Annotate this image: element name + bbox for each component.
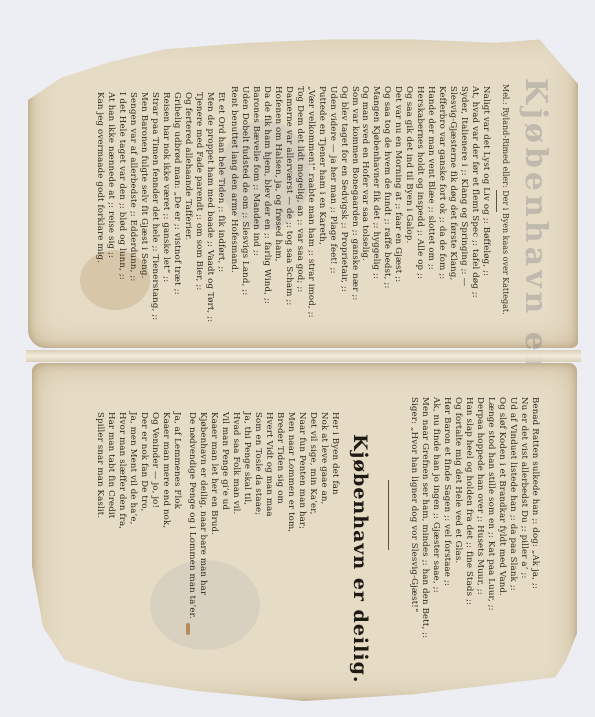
verse-line: Og man sved en Hofer var saa tolselig. [359, 86, 370, 298]
verse-line: Tjenere med Fade parendt ;: om som Bier,… [193, 92, 204, 322]
verse-line: Reisen har nok ikke været ;: ganske let“… [160, 92, 171, 322]
verse-line: Gribelig udbrød man: „De er ;: vistnof t… [171, 92, 182, 322]
verse-line: Hvert Vidt og man maa [263, 412, 274, 619]
verse-line: Naar fun Penten man har; [296, 412, 307, 619]
divider-rule [496, 190, 497, 212]
divider-rule [388, 480, 389, 550]
verse-column-bottom-left-1: Her i Byen det fan Nok at leve gaae an, … [186, 412, 340, 619]
scanned-document: Kjøbenhavn er deilig. Mel.: Ryland-Rimed… [0, 0, 595, 717]
verse-line: Rent benuttet lang den arme Hofesmand. [228, 86, 239, 318]
verse-line: Har man tabt fin Credit [105, 412, 116, 529]
verse-line: Derpaa hoppede han over ;: Husets Muur, … [474, 397, 485, 638]
verse-column-top-middle: Som var kommen Bonegaarden ;: ganske nær… [228, 86, 360, 318]
verse-column-top-right: Naligt var det Lyst og Liv og ;: Bøffelø… [359, 86, 491, 298]
melody-note: Mel.: Ryland-Rimed eller: Der i Byen kaa… [500, 84, 510, 315]
verse-line: Et et Ord han hele Tiden ;: fik indført,… [215, 92, 226, 322]
verse-line: Og saa tog de hvem de fundt ;: raffe bed… [381, 86, 392, 298]
verse-line: Naligt var det Lyst og Liv og ;: Bøffelø… [480, 86, 491, 298]
verse-line: Og Veninder — jo, jo! [149, 412, 160, 529]
melody-line-1: Mel.: Ryland-Rimed [501, 84, 510, 164]
verse-line: Ak, nu finde han jo ingen ;: Gjæster saa… [430, 397, 441, 638]
verse-line: Benad Ratten sulkede han ;: dog: „Ak ja,… [529, 397, 540, 638]
verse-line: Hvad saa Folk man vil. [230, 412, 241, 619]
verse-line: Som var kommen Bonegaarden ;: ganske nær… [349, 86, 360, 318]
verse-line: Og blev taget for en Sedvigsk ;: Proprie… [338, 86, 349, 318]
verse-line: Sengen var af allerbedste ;: Edderdunn, … [127, 92, 138, 322]
verse-line: Som en Tosle da staae; [252, 412, 263, 619]
verse-line: Nok at leve gaae an, [318, 412, 329, 619]
verse-line: Men de proppet ham med baade ;: Vaadt og… [204, 92, 215, 322]
verse-line: Og saa gik det ind til Byen i Galop. [403, 86, 414, 298]
verse-line: De nødvendige Penge og i Lommen man ta’e… [186, 412, 197, 619]
verse-line: I det Hele taget var den ;: blød og lunn… [116, 92, 127, 322]
ink-spot [186, 623, 190, 635]
verse-column-bottom-left-2: Ja, af Lemmenes Flok Kaaer man mere end … [94, 412, 182, 529]
verse-line: Længe stod han stille som en ;: Kat paa … [485, 397, 496, 638]
verse-line: Hofenen om Halsen, ja, og frøsed ham, [272, 86, 283, 318]
verse-line: Hvor man slæffer den fra, [116, 412, 127, 529]
verse-line: At, hvad var der før et flemt Spec ;: ta… [469, 86, 480, 298]
verse-line: Ja, af Lemmenes Flok [171, 412, 182, 529]
verse-line: Da de fik ham hjem, blev der en ;: farli… [261, 86, 272, 318]
verse-line: Vil man Penge gi’e ud [219, 412, 230, 619]
verse-line: Uden videre — ja her man ;: Plage feet! … [327, 86, 338, 318]
verse-line: Nu er det vist allerbedst Du ;: piller a… [518, 397, 529, 638]
verse-line: Kefferbro var ganske fort ok ;: da de fo… [436, 86, 447, 298]
verse-line: Puttede en Tjener ham i en Kareth, [316, 86, 327, 318]
verse-line: Ja, men Ment vil de ha’e, [127, 412, 138, 529]
verse-line: Ja, thi Penge skal til, [241, 412, 252, 619]
paper-fold-crease [26, 350, 581, 362]
verse-line: Men Baronen fulgte selv fit Gjæst i Seng… [138, 92, 149, 322]
verse-line: Det vil sige, min Ka’er, [307, 412, 318, 619]
verse-line: Damerne var allerværst — de ;: tog saa S… [283, 86, 294, 318]
verse-line: Syder, Italienere i ;: Klang og Springin… [458, 86, 469, 298]
verse-line: Slesvig-Gjæsterne fik døg det første Kla… [447, 86, 458, 298]
verse-line: Der er nok fan De tro, [138, 412, 149, 529]
melody-line-2: eller: Der i Byen kaas over Kattegat. [501, 167, 510, 315]
verse-line: Kaaer man mere end nok, [160, 412, 171, 529]
verse-line: Breder Tiden sig om [274, 412, 285, 619]
verse-line: Kaaer man let her en Brud. [208, 412, 219, 619]
verse-line: Han slap heel og holden fra det ;: fine … [463, 397, 474, 638]
verse-line: Kan jeg overmaade godt forklare mig. [94, 92, 105, 322]
verse-line: Og sløf Koden i et Brandkar fyldt med Va… [496, 397, 507, 638]
verse-line: At han ikke nænnede at ;: reise sig ;: [105, 92, 116, 322]
verse-line: Siger: „Hvor han ligner dog vor Slesvig-… [408, 397, 419, 638]
verse-line: Her i Byen det fan [329, 412, 340, 619]
verse-line: Det var nu en Morning at ;: faar en Gjæs… [392, 86, 403, 298]
verse-line: Kjøbenhavn er deilig, naar bare man har [197, 412, 208, 619]
verse-line: Men naar Grefnen ser ham, mindes ;: han … [419, 397, 430, 638]
song-title: Kjøbenhavn er deilig. [349, 434, 371, 683]
verse-line: Tog Dem det lidt mogelig, an ;: var saa … [294, 86, 305, 318]
verse-line: Og fertered allehaande Tafferier. [182, 92, 193, 322]
verse-column-top-left: Et et Ord han hele Tiden ;: fik indført,… [94, 92, 226, 322]
verse-line: Barones Bævelie fom ;: Manden ind ;: [250, 86, 261, 318]
verse-line: Spiller snar man Kaslit. [94, 412, 105, 529]
verse-line: Mangen Kjøbenhavner fik det ;: hyggelig … [370, 86, 381, 298]
verse-line: Og fortalte mig det Hele ved et Glas. [452, 397, 463, 638]
verse-line: Men naar Lommen er tom, [285, 412, 296, 619]
verse-line: Uden Dobelt fudsted de om ;: Slesvigs La… [239, 86, 250, 318]
verse-line: Hør Baron et finde Sagen ;: vel forstaae… [441, 397, 452, 638]
verse-line: Hande der man vent Blæe ;: slottet om ;: [425, 86, 436, 298]
verse-line: Ud af Vinduet listede han ;: da paa Slan… [507, 397, 518, 638]
verse-line: Herskabernes holdt og inspedd ;: Alle op… [414, 86, 425, 298]
verse-column-bottom-right: Benad Ratten sulkede han ;: dog: „Ak ja,… [408, 397, 540, 638]
verse-line: „Vær velkommen!“ raabte man ham ;: strar… [305, 86, 316, 318]
verse-line: Strar paa Timen fennder det hele ;: Tien… [149, 92, 160, 322]
